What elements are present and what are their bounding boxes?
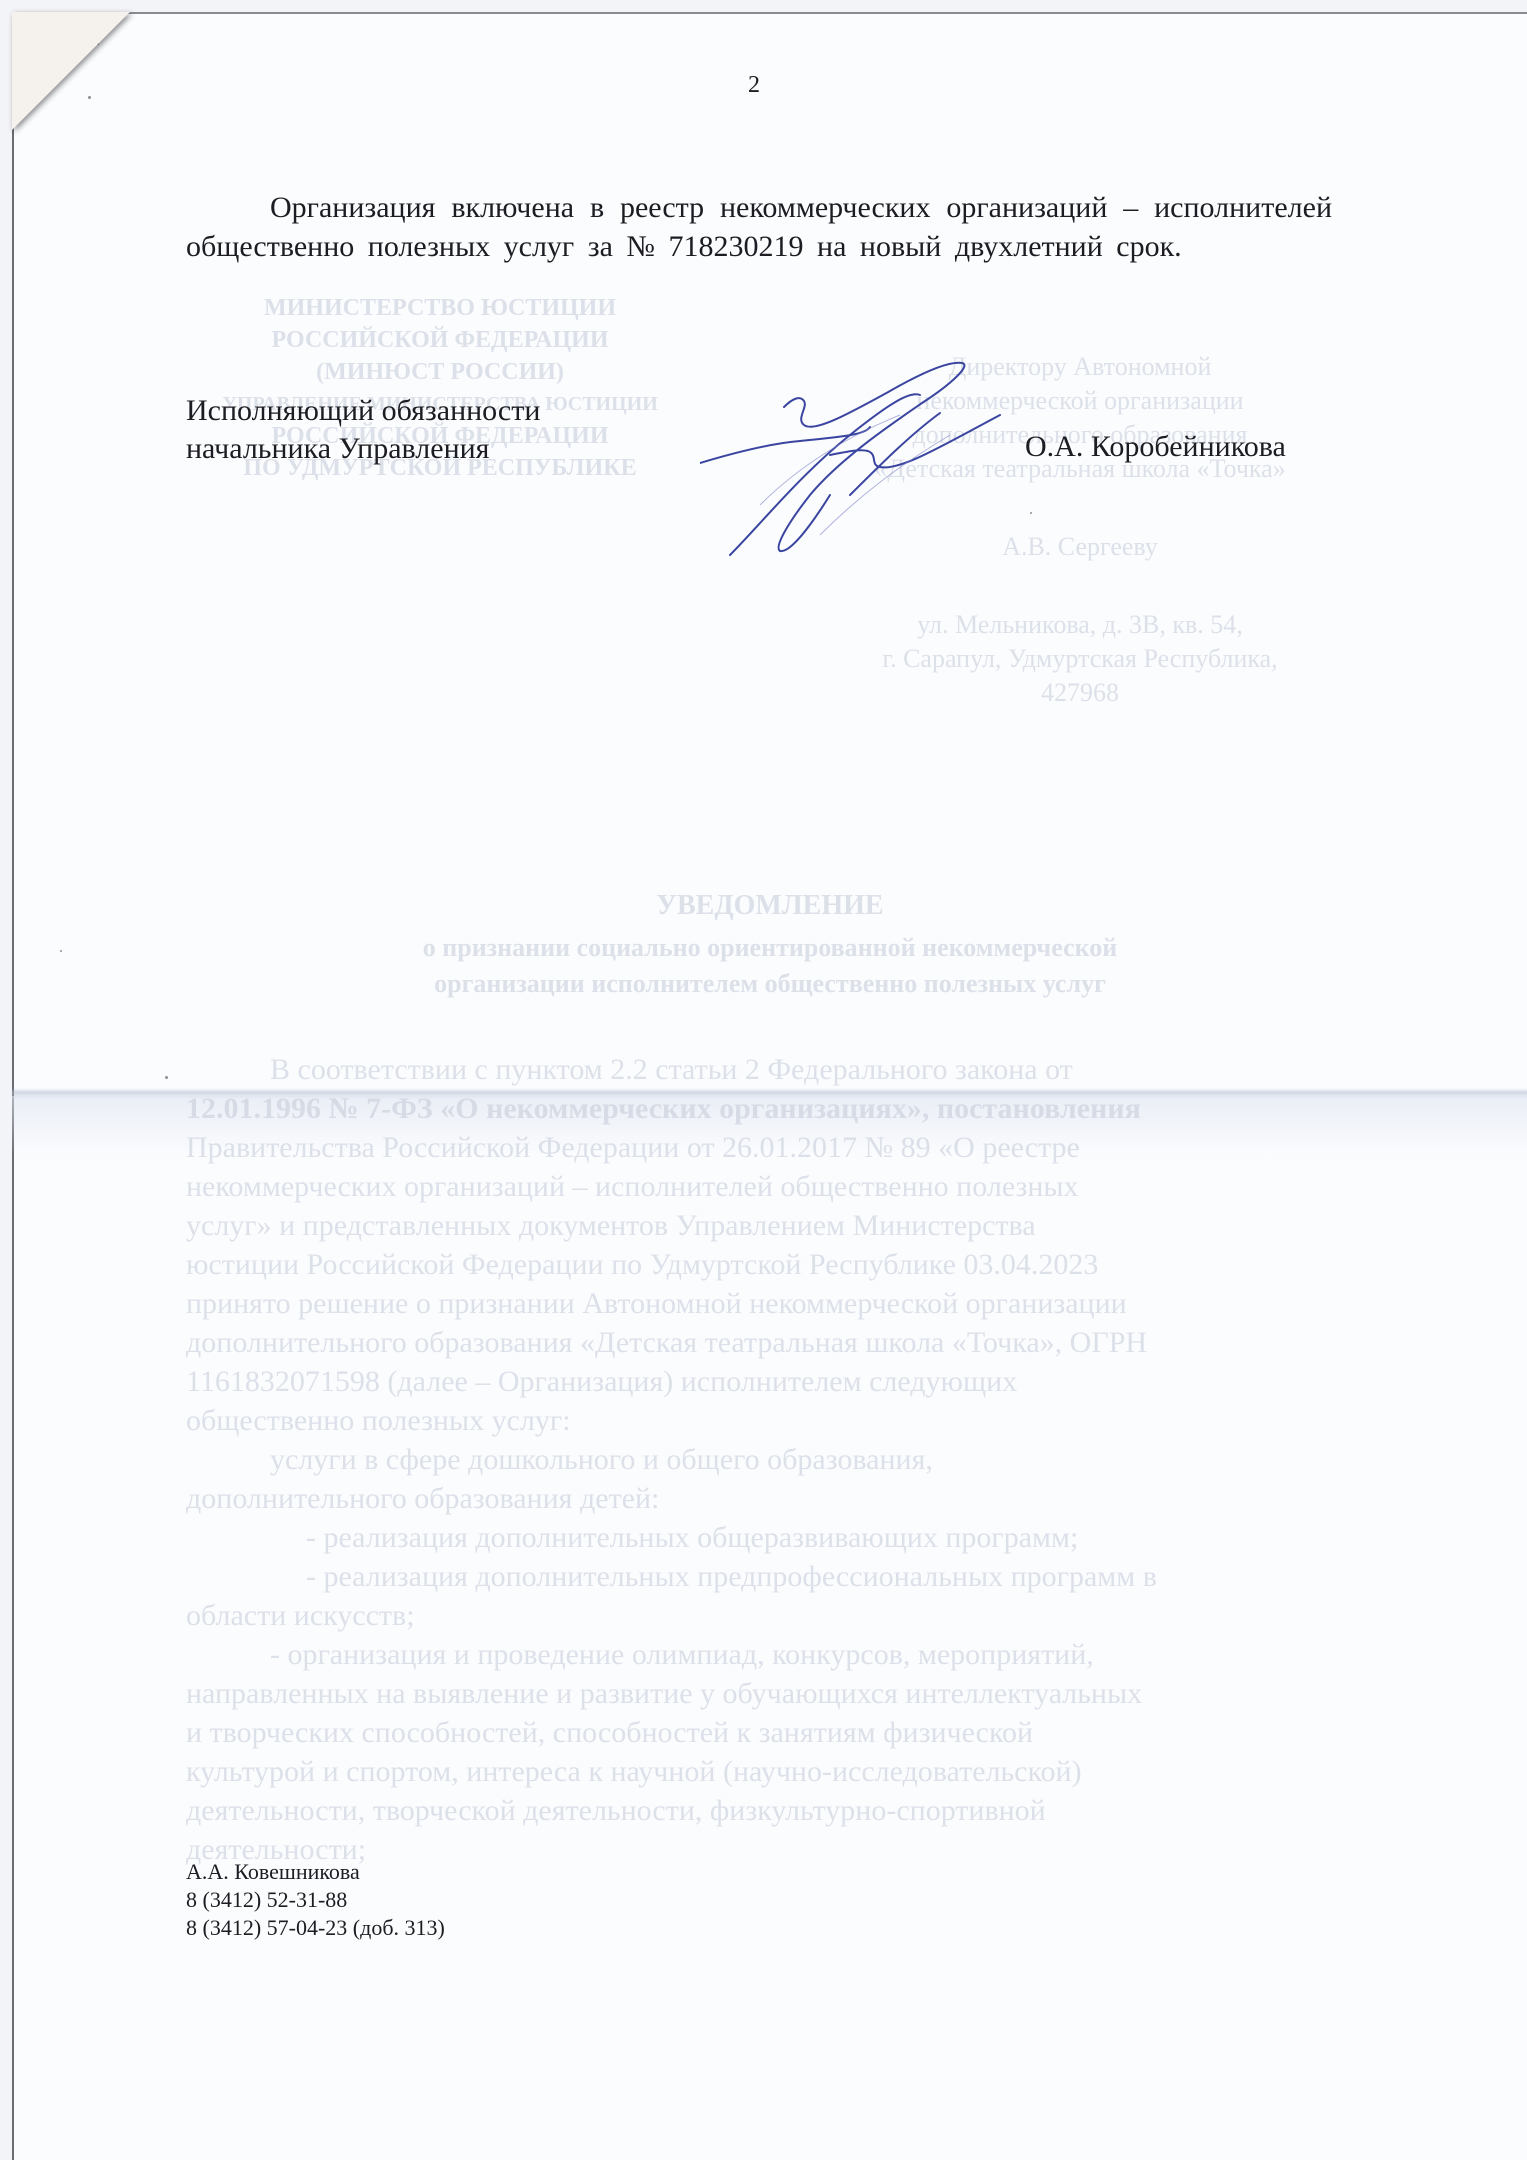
executor-contact-block: А.А. Ковешникова 8 (3412) 52-31-88 8 (34…	[186, 1858, 445, 1942]
signer-title-line-2: начальника Управления	[186, 430, 540, 468]
bleed-line: РОССИЙСКОЙ ФЕДЕРАЦИИ	[215, 324, 665, 356]
bleed-line: принято решение о признании Автономной н…	[186, 1284, 1356, 1323]
bleed-line: ул. Мельникова, д. 3В, кв. 54,	[800, 608, 1360, 642]
bleed-line: некоммерческих организаций – исполнителе…	[186, 1167, 1356, 1206]
bleed-line: и творческих способностей, способностей …	[186, 1713, 1356, 1752]
bleed-line: 12.01.1996 № 7-ФЗ «О некоммерческих орга…	[186, 1089, 1356, 1128]
handwritten-signature-icon	[700, 355, 1030, 565]
bleed-line: (МИНЮСТ РОССИИ)	[215, 356, 665, 388]
folded-corner	[12, 12, 130, 130]
bleed-line: услуги в сфере дошкольного и общего обра…	[186, 1440, 1356, 1479]
bleed-line: дополнительного образования «Детская теа…	[186, 1323, 1356, 1362]
bleed-line: 1161832071598 (далее – Организация) испо…	[186, 1362, 1356, 1401]
bleed-line: Правительства Российской Федерации от 26…	[186, 1128, 1356, 1167]
bleed-line: 427968	[800, 676, 1360, 710]
executor-name: А.А. Ковешникова	[186, 1858, 445, 1886]
signer-position: Исполняющий обязанности начальника Управ…	[186, 392, 540, 468]
bleed-line: культурой и спортом, интереса к научной …	[186, 1752, 1356, 1791]
bleed-line: В соответствии с пунктом 2.2 статьи 2 Фе…	[186, 1050, 1356, 1089]
bleed-title: УВЕДОМЛЕНИЕ	[180, 890, 1360, 922]
bleed-line: о признании социально ориентированной не…	[180, 930, 1360, 966]
signer-title-line-1: Исполняющий обязанности	[186, 392, 540, 430]
bleed-line: - реализация дополнительных предпрофесси…	[186, 1557, 1356, 1596]
bleed-line: общественно полезных услуг:	[186, 1401, 1356, 1440]
scan-speck	[1030, 512, 1032, 514]
bleed-body: В соответствии с пунктом 2.2 статьи 2 Фе…	[186, 1050, 1356, 1869]
bleed-line: организации исполнителем общественно пол…	[180, 966, 1360, 1002]
bleed-line: г. Сарапул, Удмуртская Республика,	[800, 642, 1360, 676]
bleed-line: дополнительного образования детей:	[186, 1479, 1356, 1518]
scan-speck	[165, 1076, 168, 1079]
registry-inclusion-paragraph: Организация включена в реестр некоммерче…	[186, 188, 1332, 266]
signer-name: О.А. Коробейникова	[1025, 430, 1286, 464]
bleed-line: - организация и проведение олимпиад, кон…	[186, 1635, 1356, 1674]
bleed-line: МИНИСТЕРСТВО ЮСТИЦИИ	[215, 292, 665, 324]
bleed-line: области искусств;	[186, 1596, 1356, 1635]
bleed-line: услуг» и представленных документов Управ…	[186, 1206, 1356, 1245]
bleed-line: направленных на выявление и развитие у о…	[186, 1674, 1356, 1713]
executor-phone-2: 8 (3412) 57-04-23 (доб. 313)	[186, 1914, 445, 1942]
bleed-line: - реализация дополнительных общеразвиваю…	[186, 1518, 1356, 1557]
scan-speck	[60, 950, 62, 952]
page-number: 2	[748, 72, 760, 99]
bleed-subtitle: о признании социально ориентированной не…	[180, 930, 1360, 1002]
bleed-line: деятельности, творческой деятельности, ф…	[186, 1791, 1356, 1830]
executor-phone-1: 8 (3412) 52-31-88	[186, 1886, 445, 1914]
bleed-line: УВЕДОМЛЕНИЕ	[180, 890, 1360, 922]
bleed-line: юстиции Российской Федерации по Удмуртск…	[186, 1245, 1356, 1284]
